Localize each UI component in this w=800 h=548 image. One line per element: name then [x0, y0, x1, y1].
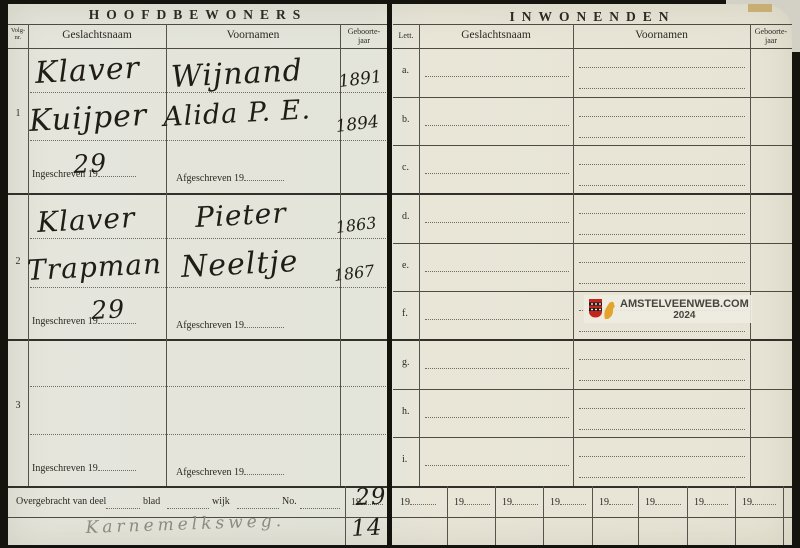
year-prefix: 19	[742, 497, 752, 508]
writing-line	[579, 477, 745, 478]
afgeschreven-text: Afgeschreven 19	[176, 467, 244, 478]
watermark: AMSTELVEENWEB.COM 2024	[584, 295, 752, 323]
rule	[166, 24, 167, 486]
writing-line	[579, 137, 745, 138]
year-column-label: 19	[502, 495, 538, 508]
year-column-label: 19	[400, 495, 436, 508]
fill-in-line	[167, 508, 209, 509]
amstelveen-crest-icon	[587, 296, 617, 322]
year-prefix: 19	[645, 497, 655, 508]
writing-line	[30, 434, 386, 435]
fill-in-line	[300, 508, 340, 509]
rule	[543, 486, 544, 545]
blad-label: blad	[143, 496, 160, 507]
row-letter: h.	[402, 406, 410, 417]
ingeschreven-text: Ingeschreven 19	[32, 463, 98, 474]
writing-line	[579, 408, 745, 409]
register-card-scan: HOOFDBEWONERS INWONENDEN Volg- nr. Gesla…	[0, 0, 800, 548]
row-letter: a.	[402, 65, 409, 76]
inwonenden-row: d.	[393, 194, 792, 243]
fill-in-line	[106, 508, 140, 509]
volgnr-cell: 1	[10, 108, 26, 119]
writing-line	[425, 417, 569, 418]
column-header-geboortejaar-left: Geboorte- jaar	[340, 27, 388, 45]
year-prefix: 19	[454, 497, 464, 508]
rule	[393, 24, 792, 25]
geboortejaar-line1: Geboorte-	[750, 27, 792, 36]
fill-in-line	[512, 495, 538, 505]
rule	[638, 486, 639, 545]
fill-in-line	[560, 495, 586, 505]
block-rule	[8, 486, 792, 488]
hoofdbewoners-title: HOOFDBEWONERS	[8, 7, 388, 23]
writing-line	[425, 319, 569, 320]
rule	[495, 486, 496, 545]
writing-line	[579, 380, 745, 381]
afgeschreven-label: Afgeschreven 19	[176, 465, 284, 478]
year-column-label: 19	[694, 495, 728, 508]
year-prefix: 19	[599, 497, 609, 508]
row-letter: i.	[402, 454, 407, 465]
column-header-volgnr: Volg- nr.	[8, 27, 28, 41]
inwonenden-row: a.	[393, 48, 792, 97]
no-label: No.	[282, 496, 297, 507]
writing-line	[425, 173, 569, 174]
year-column-label: 19	[645, 495, 681, 508]
rule	[345, 486, 346, 545]
column-header-volgnr-line1: Volg-	[8, 27, 28, 34]
wijk-label: wijk	[212, 496, 230, 507]
writing-line	[579, 234, 745, 235]
year-column-label: 19	[550, 495, 586, 508]
overgebracht-label: Overgebracht van deel	[16, 496, 106, 507]
fill-in-line	[237, 508, 279, 509]
firstname-entry: Neeltje	[180, 244, 299, 285]
surname-entry: Klaver	[34, 51, 141, 91]
ingeschreven-text: Ingeschreven 19	[32, 316, 98, 327]
rule	[687, 486, 688, 545]
year-column-label: 19	[454, 495, 490, 508]
writing-line	[579, 359, 745, 360]
ingeschreven-year-handwritten: 29	[72, 148, 107, 179]
fill-in-line	[655, 495, 681, 505]
transfer-year-handwritten: 29	[355, 483, 388, 511]
fill-in-line	[244, 465, 284, 475]
column-header-geslachtsnaam-right: Geslachtsnaam	[419, 29, 573, 41]
writing-line	[579, 262, 745, 263]
year-prefix: 19	[694, 497, 704, 508]
surname-entry: Kuijper	[28, 98, 148, 139]
rule	[592, 486, 593, 545]
firstname-entry: Wijnand	[170, 53, 304, 95]
watermark-site: AMSTELVEENWEB.COM	[620, 298, 749, 310]
writing-line	[579, 429, 745, 430]
afgeschreven-text: Afgeschreven 19	[176, 173, 244, 184]
inwonenden-row: i.	[393, 437, 792, 486]
writing-line	[579, 116, 745, 117]
rule	[8, 48, 388, 49]
watermark-year: 2024	[620, 310, 749, 321]
writing-line	[579, 185, 745, 186]
column-header-geboortejaar-right: Geboorte- jaar	[750, 27, 792, 45]
writing-line	[425, 271, 569, 272]
rule	[447, 486, 448, 545]
inwonenden-row: h.	[393, 389, 792, 438]
year-prefix: 19	[550, 497, 560, 508]
writing-line	[30, 238, 386, 239]
inwonenden-title: INWONENDEN	[393, 9, 792, 25]
surname-entry: Trapman	[26, 247, 163, 287]
row-letter: b.	[402, 114, 410, 125]
writing-line	[579, 213, 745, 214]
geboortejaar-line1: Geboorte-	[340, 27, 388, 36]
watermark-text: AMSTELVEENWEB.COM 2024	[620, 298, 749, 321]
row-letter: f.	[402, 308, 408, 319]
writing-line	[579, 456, 745, 457]
writing-line	[579, 331, 745, 332]
ingeschreven-year-handwritten: 29	[90, 294, 125, 325]
center-divider	[387, 4, 392, 545]
row-letter: d.	[402, 211, 410, 222]
column-header-lett: Lett.	[393, 31, 419, 40]
year-column-label: 19	[742, 495, 776, 508]
firstname-entry: Pieter	[194, 196, 287, 234]
geboortejaar-line2: jaar	[340, 36, 388, 45]
column-header-voornamen-left: Voornamen	[166, 29, 340, 41]
writing-line	[425, 368, 569, 369]
row-letter: c.	[402, 162, 409, 173]
fill-in-line	[244, 171, 284, 181]
rule	[8, 24, 388, 25]
writing-line	[30, 287, 386, 288]
fill-in-line	[98, 461, 136, 471]
inwonenden-row: c.	[393, 145, 792, 194]
year-prefix: 19	[400, 497, 410, 508]
fill-in-line	[752, 495, 776, 505]
writing-line	[579, 67, 745, 68]
writing-line	[425, 465, 569, 466]
volgnr-cell: 2	[10, 256, 26, 267]
afgeschreven-label: Afgeschreven 19	[176, 318, 284, 331]
inwonenden-row: e.	[393, 243, 792, 292]
writing-line	[425, 222, 569, 223]
fill-in-line	[244, 318, 284, 328]
writing-line	[579, 88, 745, 89]
fill-in-line	[464, 495, 490, 505]
geboortejaar-line2: jaar	[750, 36, 792, 45]
year-prefix: 19	[502, 497, 512, 508]
writing-line	[579, 164, 745, 165]
rule	[783, 486, 784, 545]
volgnr-cell: 3	[10, 400, 26, 411]
afgeschreven-text: Afgeschreven 19	[176, 320, 244, 331]
year-column-label: 19	[599, 495, 633, 508]
writing-line	[579, 283, 745, 284]
writing-line	[30, 386, 386, 387]
writing-line	[425, 76, 569, 77]
sheet-number-handwritten: 14	[351, 514, 384, 542]
row-letter: e.	[402, 260, 409, 271]
column-header-voornamen-right: Voornamen	[573, 29, 750, 41]
writing-line	[425, 125, 569, 126]
surname-entry: Klaver	[36, 201, 136, 239]
fill-in-line	[704, 495, 728, 505]
afgeschreven-label: Afgeschreven 19	[176, 171, 284, 184]
writing-line	[30, 140, 386, 141]
rule	[735, 486, 736, 545]
rule	[340, 24, 341, 486]
inwonenden-row: g.	[393, 340, 792, 389]
inwonenden-row: b.	[393, 97, 792, 146]
fill-in-line	[609, 495, 633, 505]
fill-in-line	[410, 495, 436, 505]
ingeschreven-label: Ingeschreven 19	[32, 461, 136, 474]
row-letter: g.	[402, 357, 410, 368]
column-header-volgnr-line2: nr.	[8, 34, 28, 41]
column-header-geslachtsnaam-left: Geslachtsnaam	[28, 29, 166, 41]
